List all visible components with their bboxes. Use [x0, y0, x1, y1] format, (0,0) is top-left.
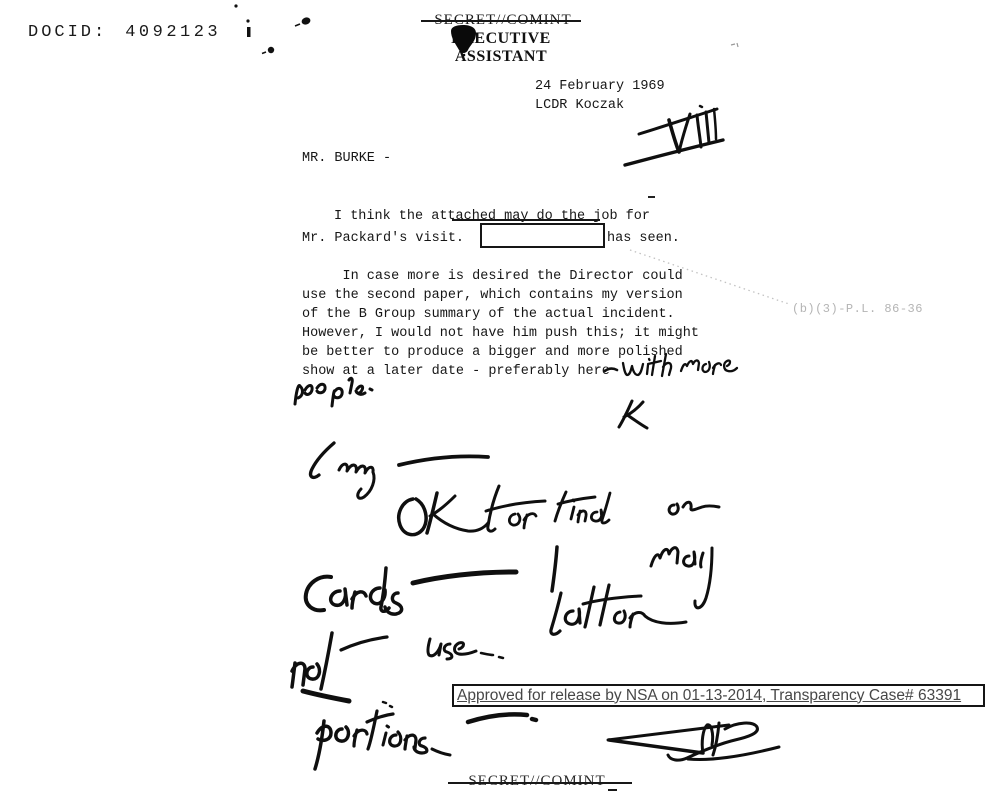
ink-blob-redaction [451, 25, 476, 53]
signature [608, 723, 779, 760]
ink-overlay [0, 0, 1008, 801]
ink-speck [463, 54, 466, 57]
ink-smudges [234, 4, 738, 198]
handwritten-not-use [292, 633, 503, 701]
handwritten-initial-k [619, 401, 647, 428]
handwritten-cards-i-may [306, 547, 712, 614]
handwritten-with-more [605, 354, 737, 376]
handwritten-people [295, 378, 372, 406]
scanned-memo-page: DOCID: 4092123 SECRET//COMINT EXECUTIVE … [0, 0, 1008, 801]
handwritten-latter [551, 585, 686, 634]
redaction-pointer-line [630, 250, 789, 304]
handwritten-ok-for-final-on [399, 486, 719, 535]
handwritten-routing-mark [625, 106, 723, 165]
handwritten-jerry [311, 443, 488, 498]
handwritten-portions [315, 702, 536, 769]
